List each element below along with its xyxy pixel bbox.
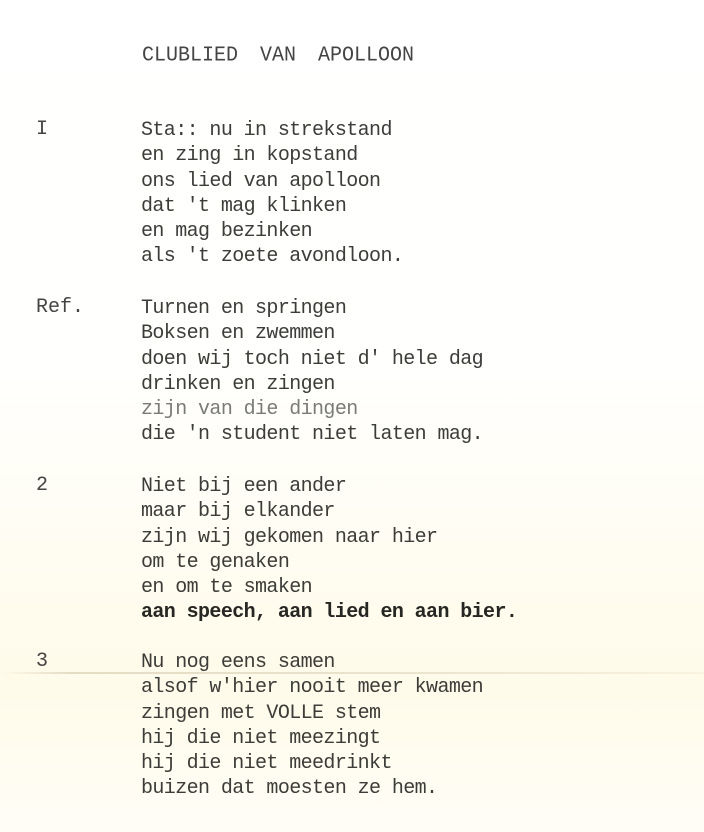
lyric-line: Turnen en springen: [141, 296, 483, 321]
lyric-line: dat 't mag klinken: [141, 194, 403, 219]
lyric-line: hij die niet meedrinkt: [141, 751, 483, 776]
lyric-line: Boksen en zwemmen: [141, 321, 483, 346]
stanza-label: 3: [36, 650, 48, 673]
lyric-line: en zing in kopstand: [141, 143, 403, 168]
lyric-line: Nu nog eens samen: [141, 650, 483, 675]
lyric-line: aan speech, aan lied en aan bier.: [141, 600, 517, 625]
lyric-line: ons lied van apolloon: [141, 169, 403, 194]
lyric-line: die 'n student niet laten mag.: [141, 422, 483, 447]
stanza-label: I: [36, 118, 48, 141]
lyric-line: als 't zoete avondloon.: [141, 244, 403, 269]
lyric-line: om te genaken: [141, 550, 517, 575]
lyric-line: drinken en zingen: [141, 372, 483, 397]
stanza-lines: Nu nog eens samen alsof w'hier nooit mee…: [141, 650, 483, 802]
stanza-lines: Sta:: nu in strekstand en zing in kopsta…: [141, 118, 403, 270]
lyric-line: doen wij toch niet d' hele dag: [141, 347, 483, 372]
stanza-label: 2: [36, 474, 48, 497]
lyric-line: zijn van die dingen: [141, 397, 483, 422]
lyric-line: maar bij elkander: [141, 499, 517, 524]
lyric-line: en mag bezinken: [141, 219, 403, 244]
lyric-line: Niet bij een ander: [141, 474, 517, 499]
stanza-label: Ref.: [36, 296, 84, 319]
lyric-line: zingen met VOLLE stem: [141, 701, 483, 726]
lyric-line: en om te smaken: [141, 575, 517, 600]
lyric-line: alsof w'hier nooit meer kwamen: [141, 675, 483, 700]
stanza-lines: Turnen en springen Boksen en zwemmen doe…: [141, 296, 483, 448]
lyric-line: zijn wij gekomen naar hier: [141, 525, 517, 550]
lyric-line: Sta:: nu in strekstand: [141, 118, 403, 143]
lyric-line: hij die niet meezingt: [141, 726, 483, 751]
document-title: CLUBLIED VAN APOLLOON: [142, 43, 414, 68]
stanza-lines: Niet bij een ander maar bij elkander zij…: [141, 474, 517, 626]
lyric-line: buizen dat moesten ze hem.: [141, 776, 483, 801]
